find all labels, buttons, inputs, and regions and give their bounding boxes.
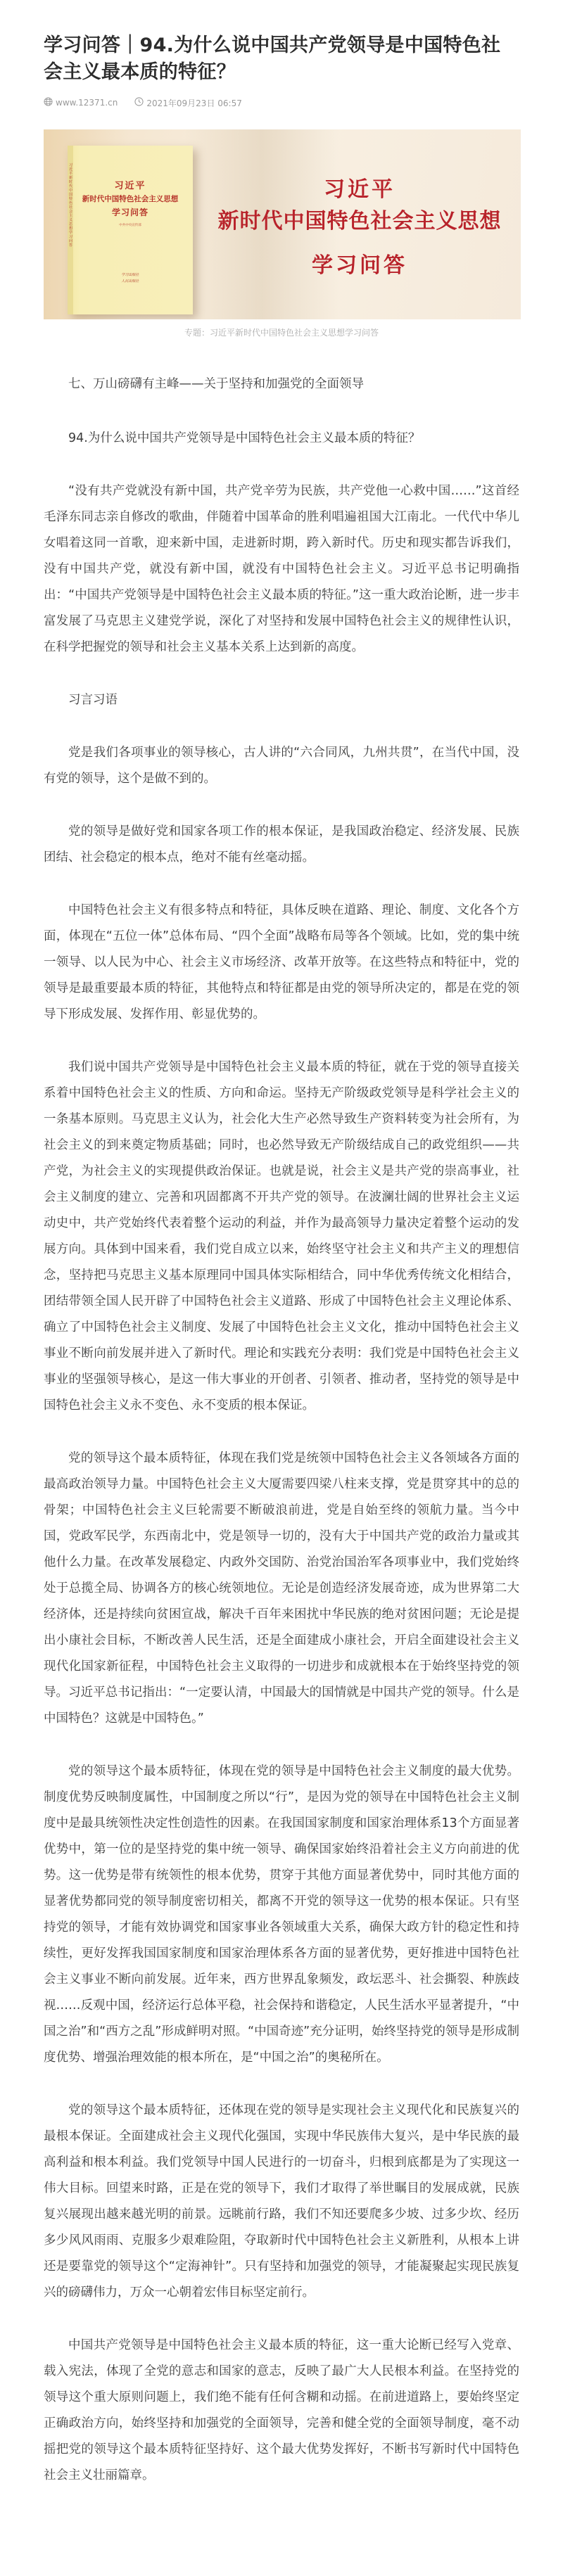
spacer — [44, 345, 519, 371]
spacer — [44, 871, 519, 898]
clock-icon — [134, 97, 146, 108]
globe-icon — [44, 97, 56, 108]
paragraph: 中国共产党领导是中国特色社会主义最本质的特征，这一重大论断已经写入党章、载入宪法… — [44, 2333, 519, 2489]
book-publisher-1: 学习出版社 — [68, 272, 193, 279]
publish-date: 2021年09月23日 06:57 — [146, 97, 241, 109]
spacer — [44, 2306, 519, 2333]
paragraph: 党的领导是做好党和国家各项工作的根本保证，是我国政治稳定、经济发展、民族团结、社… — [44, 819, 519, 871]
question-heading: 94.为什么说中国共产党领导是中国特色社会主义最本质的特征？ — [44, 426, 519, 452]
paragraph: 中国特色社会主义有很多特点和特征，具体反映在道路、理论、制度、文化各个方面，体现… — [44, 898, 519, 1028]
paragraph: 党的领导这个最本质特征，体现在我们党是统领中国特色社会主义各领域各方面的最高政治… — [44, 1446, 519, 1732]
article-title: 学习问答｜94.为什么说中国共产党领导是中国特色社会主义最本质的特征？ — [0, 0, 563, 86]
image-caption[interactable]: 专题：习近平新时代中国特色社会主义思想学习问答 — [0, 319, 563, 345]
spacer — [44, 2071, 519, 2098]
section-heading: 七、万山磅礴有主峰——关于坚持和加强党的全面领导 — [44, 371, 519, 397]
spacer — [44, 713, 519, 740]
spacer — [44, 661, 519, 687]
spacer — [44, 397, 519, 426]
spacer — [44, 2489, 519, 2552]
article-meta: www.12371.cn 2021年09月23日 06:57 — [0, 86, 563, 110]
book-spine-text: 习近平新时代中国特色社会主义思想学习问答 — [69, 163, 73, 248]
spacer — [44, 452, 519, 478]
book-publishers: 学习出版社 人民出版社 — [68, 272, 193, 285]
subheading-xiyanxiyu: 习言习语 — [44, 687, 519, 713]
book-title-line2: 新时代中国特色社会主义思想 — [68, 193, 193, 204]
paragraph: 党的领导这个最本质特征，体现在党的领导是中国特色社会主义制度的最大优势。制度优势… — [44, 1759, 519, 2071]
article-page: 学习问答｜94.为什么说中国共产党领导是中国特色社会主义最本质的特征？ www.… — [0, 0, 563, 2552]
book-cover: 习近平新时代中国特色社会主义思想学习问答 习近平 新时代中国特色社会主义思想 学… — [68, 146, 193, 314]
spacer — [44, 1419, 519, 1446]
book-author: 中共中央宣传部 — [68, 223, 193, 227]
hero-heading-line3: 学习问答 — [205, 248, 514, 279]
spacer — [44, 1732, 519, 1759]
source-info: www.12371.cn — [44, 97, 118, 108]
spacer — [44, 1028, 519, 1054]
paragraph: 党是我们各项事业的领导核心，古人讲的“六合同风，九州共贯”，在当代中国，没有党的… — [44, 740, 519, 792]
paragraph: 党的领导这个最本质特征，还体现在党的领导是实现社会主义现代化和民族复兴的最根本保… — [44, 2098, 519, 2306]
book-title-line1: 习近平 — [68, 178, 193, 191]
book-publisher-2: 人民出版社 — [68, 279, 193, 285]
spacer — [44, 792, 519, 819]
hero-heading-line1: 习近平 — [205, 172, 514, 203]
hero-heading-line2: 新时代中国特色社会主义思想 — [205, 203, 514, 234]
paragraph: “没有共产党就没有新中国，共产党辛劳为民族，共产党他一心救中国……”这首经毛泽东… — [44, 478, 519, 661]
source-link[interactable]: www.12371.cn — [56, 98, 118, 108]
paragraph: 我们说中国共产党领导是中国特色社会主义最本质的特征，就在于党的领导直接关系着中国… — [44, 1054, 519, 1419]
book-title-line3: 学习问答 — [68, 206, 193, 218]
article-body: 七、万山磅礴有主峰——关于坚持和加强党的全面领导 94.为什么说中国共产党领导是… — [0, 345, 563, 2552]
publish-time: 2021年09月23日 06:57 — [134, 97, 241, 109]
hero-banner-image: 习近平新时代中国特色社会主义思想学习问答 习近平 新时代中国特色社会主义思想 学… — [44, 129, 521, 319]
